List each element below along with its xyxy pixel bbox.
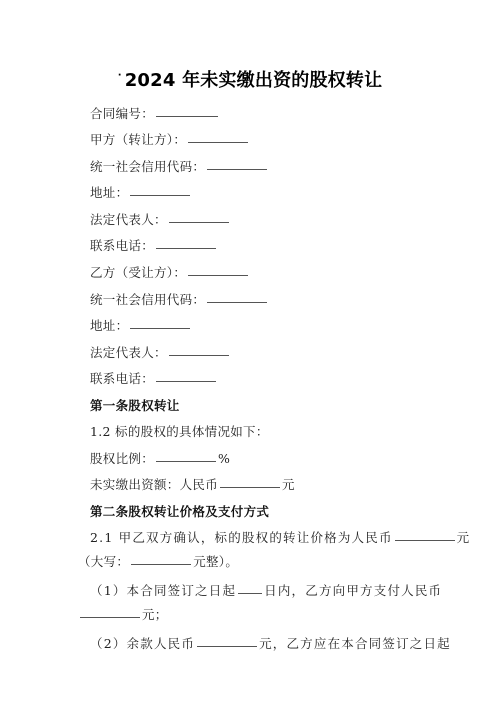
field-label: 地址： (90, 185, 128, 200)
blank-input[interactable] (207, 301, 267, 303)
field-party-a-address: 地址： (90, 183, 192, 201)
field-label: 地址： (90, 318, 128, 333)
field-contract-number: 合同编号： (90, 104, 220, 122)
blank-input[interactable] (238, 592, 262, 594)
blank-input[interactable] (156, 115, 218, 117)
blank-input[interactable] (169, 354, 229, 356)
blank-input[interactable] (156, 380, 216, 382)
blank-input[interactable] (395, 539, 455, 541)
blank-input[interactable] (197, 645, 257, 647)
field-label: 法定代表人： (90, 345, 167, 360)
blank-input[interactable] (130, 194, 190, 196)
blank-input[interactable] (188, 141, 248, 143)
blank-input[interactable] (156, 460, 216, 462)
blank-input[interactable] (130, 327, 190, 329)
item-1-2: 1.2 标的股权的具体情况如下： (90, 422, 269, 440)
field-label: 联系电话： (90, 238, 154, 253)
field-party-a-phone: 联系电话： (90, 236, 218, 254)
blank-input[interactable] (220, 486, 280, 488)
blank-input[interactable] (131, 563, 191, 565)
field-label: 联系电话： (90, 371, 154, 386)
field-label: 合同编号： (90, 106, 154, 121)
field-party-b-phone: 联系电话： (90, 369, 218, 387)
item-2-1-continued: （大写：元整）。 (78, 552, 238, 570)
field-party-b-legal-rep: 法定代表人： (90, 343, 231, 361)
item-2-1: 2.1 甲乙双方确认，标的股权的转让价格为人民币元 (90, 528, 470, 546)
field-party-b-address: 地址： (90, 316, 192, 334)
payment-item-2: （2）余款人民币元，乙方应在本合同签订之日起 (90, 634, 451, 652)
field-label: 法定代表人： (90, 212, 167, 227)
paragraph-text: 元，乙方应在本合同签订之日起 (259, 636, 451, 651)
title-bullet: · (118, 70, 122, 81)
currency-suffix: 元 (457, 530, 471, 545)
field-party-a: 甲方（转让方）： (90, 130, 250, 148)
blank-input[interactable] (169, 221, 229, 223)
currency-suffix: 元 (282, 477, 295, 492)
section-2-heading: 第二条股权转让价格及支付方式 (90, 502, 269, 520)
payment-item-1-continued: 元； (78, 605, 168, 623)
percent-suffix: % (218, 451, 230, 466)
field-party-a-credit-code: 统一社会信用代码： (90, 157, 269, 175)
field-party-a-legal-rep: 法定代表人： (90, 210, 231, 228)
paragraph-text: 2.1 甲乙双方确认，标的股权的转让价格为人民币 (90, 530, 393, 545)
title-text: 2024 年未实缴出资的股权转让 (125, 70, 383, 91)
field-label: 未实缴出资额：人民币 (90, 477, 218, 492)
paragraph-text: 元； (142, 607, 168, 622)
field-label: 甲方（转让方）： (90, 132, 186, 147)
paragraph-text: 日内，乙方向甲方支付人民币 (264, 583, 442, 598)
field-party-b-credit-code: 统一社会信用代码： (90, 290, 269, 308)
paragraph-text: （大写： (78, 554, 129, 569)
blank-input[interactable] (80, 616, 140, 618)
paragraph-text: （2）余款人民币 (90, 636, 195, 651)
paragraph-text: 元整）。 (193, 554, 238, 569)
blank-input[interactable] (156, 247, 216, 249)
field-equity-ratio: 股权比例：% (90, 449, 230, 467)
field-label: 统一社会信用代码： (90, 292, 205, 307)
section-1-heading: 第一条股权转让 (90, 396, 180, 414)
blank-input[interactable] (188, 274, 248, 276)
document-title: ·2024 年未实缴出资的股权转让 (0, 66, 500, 92)
field-label: 乙方（受让方）： (90, 265, 186, 280)
paragraph-text: （1）本合同签订之日起 (90, 583, 236, 598)
field-label: 统一社会信用代码： (90, 159, 205, 174)
field-party-b: 乙方（受让方）： (90, 263, 250, 281)
field-unpaid-capital: 未实缴出资额：人民币元 (90, 475, 295, 493)
blank-input[interactable] (207, 168, 267, 170)
payment-item-1: （1）本合同签订之日起日内，乙方向甲方支付人民币 (90, 581, 442, 599)
field-label: 股权比例： (90, 451, 154, 466)
